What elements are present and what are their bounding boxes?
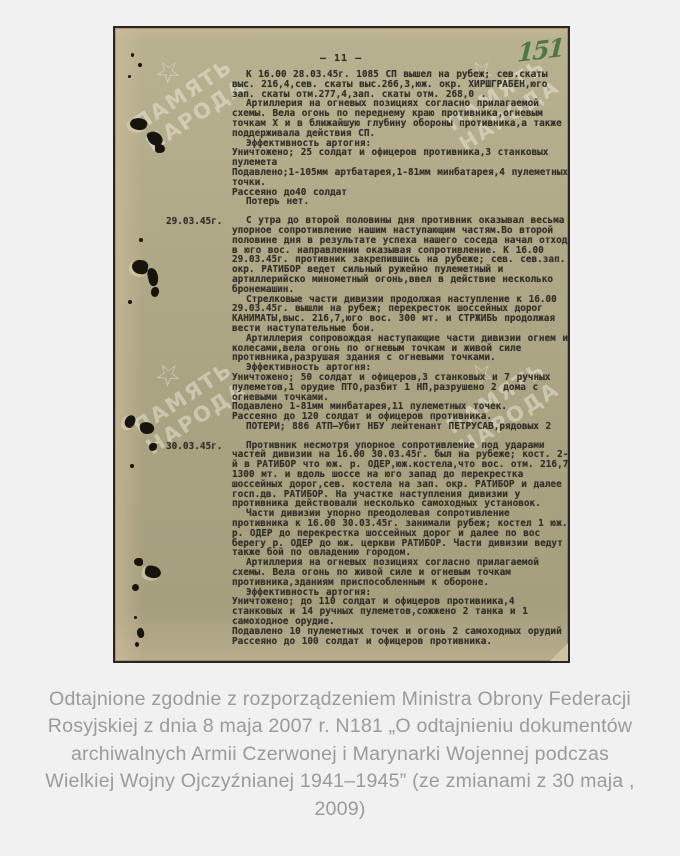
report-section: 29.03.45г.С утра до второй половины дня … [232, 216, 569, 432]
report-paragraph: Уничтожено; 50 солдат и офицеров,3 станк… [232, 373, 569, 402]
date-label: 30.03.45г. [166, 442, 222, 452]
paper-hole [138, 63, 142, 67]
paper-hole [129, 116, 148, 132]
report-paragraph: Стрелковые части дивизии продолжая насту… [232, 295, 569, 334]
paper-hole [134, 616, 137, 619]
paper-hole [123, 414, 137, 430]
report-paragraph: К 16.00 28.03.45г. 1085 СП вышел на рубе… [232, 70, 569, 99]
page-background: { "colors": { "page_background": "#f1f1f… [0, 0, 680, 856]
report-paragraph: Части дивизии упорно преодолевая сопроти… [232, 509, 569, 558]
report-paragraph: Артиллерия на огневых позициях согласно … [232, 99, 569, 138]
paper-hole [130, 464, 134, 468]
paper-hole [132, 584, 139, 591]
report-section: К 16.00 28.03.45г. 1085 СП вышел на рубе… [232, 70, 569, 207]
report-paragraph: Противник несмотря упорное сопротивление… [232, 441, 569, 510]
paper-hole [149, 443, 157, 451]
report-paragraph: Уничтожено; 25 солдат и офицеров противн… [232, 148, 569, 168]
report-paragraph: С утра до второй половины дня противник … [232, 216, 569, 294]
paper-hole [128, 75, 131, 78]
report-paragraph: ПОТЕРИ; 886 АТП—Убит НБУ лейтенант ПЕТРУ… [232, 422, 569, 432]
report-paragraph: Подавлено;1-105мм артбатарея,1-81мм минб… [232, 168, 569, 188]
report-section: 30.03.45г.Противник несмотря упорное соп… [232, 441, 569, 647]
paper-hole [146, 267, 160, 287]
paper-hole [131, 53, 134, 57]
handwritten-page-number: 151 [516, 33, 563, 68]
paper-hole [134, 558, 143, 566]
report-paragraph: Уничтожено; до 110 солдат и офицеров про… [232, 597, 569, 626]
paper-corner-fold [550, 643, 568, 661]
report-paragraph: Артиллерия на огневых позициях согласно … [232, 558, 569, 587]
report-paragraph: Артиллерия сопровождая наступающие части… [232, 334, 569, 363]
declassification-caption: Odtajnione zgodnie z rozporządzeniem Min… [40, 686, 640, 823]
paper-hole [135, 642, 139, 647]
report-paragraph: Рассеяно до 100 солдат и офицеров против… [232, 637, 569, 647]
date-label: 29.03.45г. [166, 217, 222, 227]
star-outline-icon: ☆ [113, 26, 232, 121]
report-paragraph: Потерь нет. [232, 197, 569, 207]
star-outline-icon: ☆ [113, 327, 232, 424]
paper-hole [151, 287, 159, 297]
paper-hole [136, 627, 145, 638]
paper-hole [139, 421, 155, 435]
paper-hole [144, 564, 162, 579]
typed-page-number: – 11 – [320, 53, 362, 64]
typed-text: К 16.00 28.03.45г. 1085 СП вышел на рубе… [232, 70, 569, 646]
document-scan: ☆ ПАМЯТЬ НАРОДА ☆ ПАМЯТЬ НАРОДА ☆ ПАМЯТЬ… [113, 26, 570, 663]
paper-hole [128, 300, 132, 304]
paper-hole [155, 144, 165, 153]
paper-hole [139, 238, 143, 242]
